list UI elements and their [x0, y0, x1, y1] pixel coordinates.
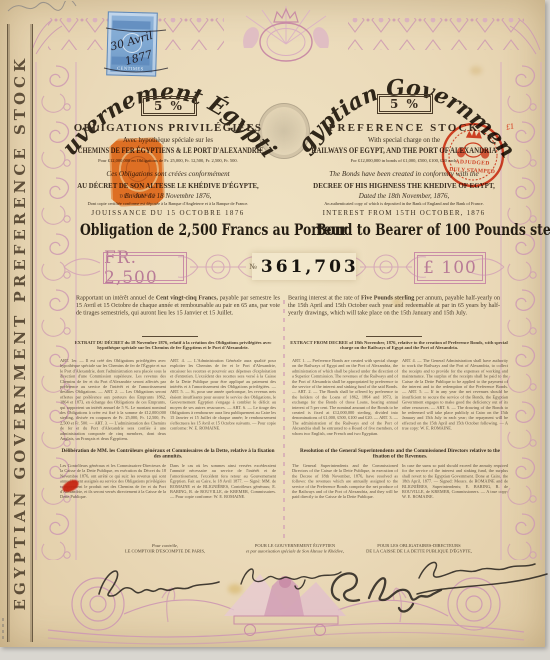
center-signature-caption: POUR LE GOUVERNEMENT ÉGYPTIENet par auto…	[230, 543, 360, 556]
cancellation-handwriting: 30 Avril 1877	[100, 16, 170, 82]
orange-stamp-value: DIX FRANCS	[111, 193, 165, 200]
serial-prefix: №	[249, 262, 257, 271]
french-column-4: Dans le cas où les sommes ainsi versées …	[170, 463, 276, 539]
serial-number: 361,703	[261, 257, 359, 277]
foxing-spot-3	[470, 66, 482, 75]
french-entitlement-line: JOUISSANCE DU 15 OCTOBRE 1876	[58, 209, 278, 217]
french-column-1: ART. 1er. — Il est créé des Obligations …	[60, 358, 166, 446]
english-column-3: The General Superintendents and the Comm…	[292, 463, 398, 539]
french-column-2: ART. 4. — L'Administration Générale aura…	[170, 358, 276, 446]
left-signature-caption: Pour contrôle,LE COMPTOIR D'ESCOMPTE DE …	[100, 543, 230, 556]
side-title-text: EGYPTIAN GOVERNMENT PREFERENCE STOCK	[11, 55, 29, 610]
english-entitlement-line: INTEREST FROM 15TH OCTOBER, 1876	[294, 209, 514, 217]
french-date-line: En date du 18 Novembre 1876,	[58, 192, 278, 200]
french-type-line: OBLIGATIONS PRIVILÉGIÉES	[58, 122, 278, 134]
french-intro-pre: Rapportant un intérêt annuel de	[76, 294, 156, 301]
serial-number-band: № 361,703	[252, 253, 356, 280]
center-column-divider	[283, 300, 285, 540]
french-intro-bold: Cent vingt-cinq Francs,	[156, 294, 218, 301]
english-divider-rule	[366, 336, 422, 337]
english-rate-badge: 5 %	[377, 94, 433, 114]
french-conformity-line: Ces Obligations sont créées conformément	[58, 170, 278, 178]
french-decree-line: AU DÉCRET DE SON ALTESSE LE KHÉDIVE D'ÉG…	[69, 181, 267, 190]
french-bond-title: Obligation de 2,500 Francs au Porteur	[80, 220, 256, 239]
french-denomination-line: Pour £12,000,000 en Obligations de Fr. 2…	[58, 158, 278, 163]
french-rate-badge: 5 %	[141, 96, 197, 116]
french-deposit-line: Dont copie certifiée conforme est déposé…	[58, 201, 278, 206]
french-divider-rule	[142, 336, 198, 337]
french-intro-paragraph: Rapportant un intérêt annuel de Cent vin…	[76, 294, 280, 332]
side-title-band: EGYPTIAN GOVERNMENT PREFERENCE STOCK	[7, 24, 33, 642]
franc-value-text: FR. 2,500	[104, 248, 186, 288]
english-bond-title: Bond to Bearer of 100 Pounds sterling	[316, 220, 492, 239]
foxing-spot	[228, 584, 242, 594]
english-column-4: In case the sums so paid should exceed t…	[402, 463, 508, 539]
franc-value-plaque: FR. 2,500	[103, 252, 187, 284]
english-column-2: ART. 4. — The General Administration sha…	[402, 358, 508, 446]
french-mortgage-line: Avec hypothèque spéciale sur les	[58, 137, 278, 144]
english-date-line: Dated the 18th November, 1876,	[294, 192, 514, 200]
foxing-spot-2	[392, 298, 402, 306]
pound-value-plaque: £ 100	[414, 252, 486, 284]
orange-fiscal-stamp: DIX FRANCS	[109, 137, 165, 207]
french-column-3: Les Contrôleurs généraux et les Commissa…	[60, 463, 166, 539]
english-resolution-heading: Resolution of the General Superintendent…	[292, 448, 508, 461]
french-asset-line: CHEMINS DE FER ÉGYPTIENS & LE PORT D'ALE…	[78, 146, 258, 155]
signature-comptoir	[95, 560, 225, 605]
english-intro-bold: Five Pounds sterling	[361, 294, 414, 301]
red-margin-note: £1	[505, 121, 515, 131]
english-column-1: ART. 1. — Preference Bonds are created w…	[292, 358, 398, 446]
pound-value-text: £ 100	[423, 258, 477, 278]
french-resolution-heading: Délibération de MM. les Contrôleurs géné…	[60, 448, 276, 461]
french-extract-heading: EXTRAIT DU DÉCRET du 18 Novembre 1876, r…	[64, 340, 282, 355]
red-adjudication-stamp: ADJUDGED DULY STAMPED	[439, 120, 506, 189]
signature-caisse	[413, 552, 549, 607]
bond-certificate-scan: EGYPTIAN GOVERNMENT PREFERENCE STOCK Gou…	[0, 0, 550, 660]
english-deposit-line: An authenticated copy of which is deposi…	[294, 201, 514, 206]
printer-mark	[2, 618, 4, 642]
english-intro-pre: Bearing interest at the rate of	[288, 294, 361, 301]
handwriting-date-line2: 1877	[123, 48, 153, 68]
english-extract-heading: EXTRACT FROM DECREE of 18th November, 18…	[290, 340, 508, 355]
